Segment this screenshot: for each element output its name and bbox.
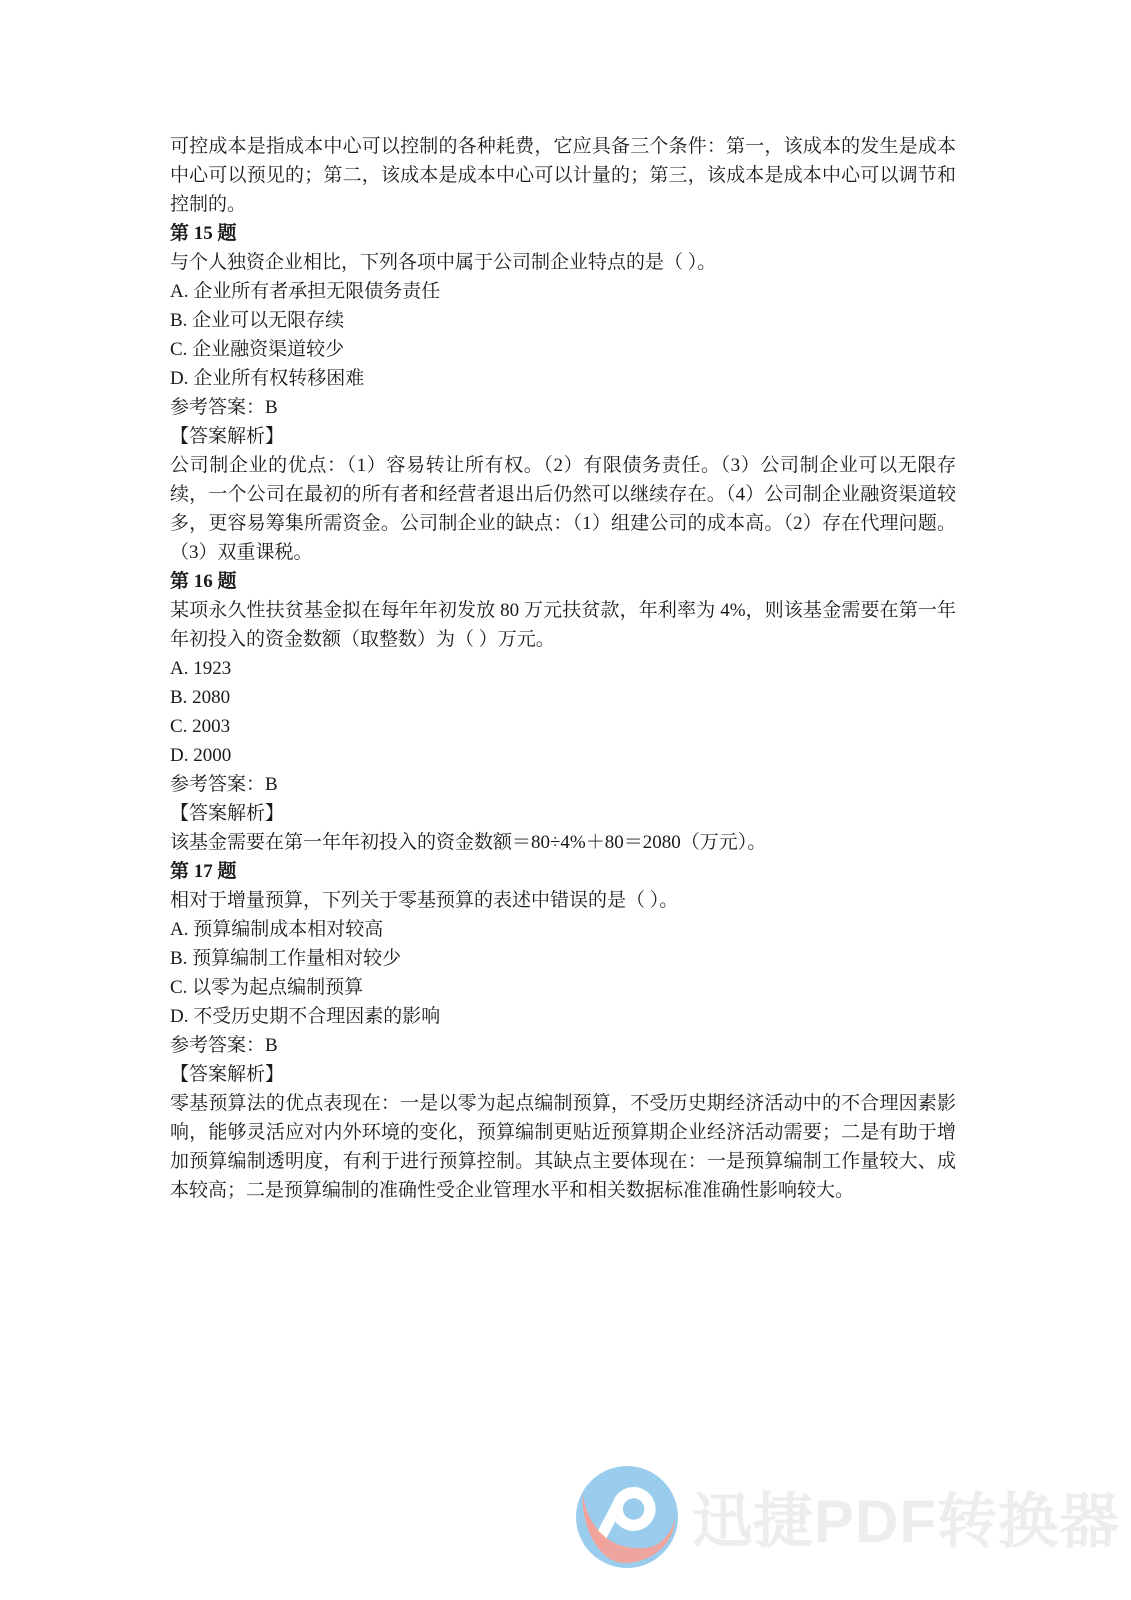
option-d: D. 不受历史期不合理因素的影响 bbox=[170, 1002, 956, 1031]
reference-answer: 参考答案：B bbox=[170, 393, 956, 422]
option-b: B. 2080 bbox=[170, 683, 956, 712]
option-d: D. 2000 bbox=[170, 741, 956, 770]
watermark-text: 迅捷PDF转换器 bbox=[692, 1474, 1120, 1560]
analysis-text: 公司制企业的优点：（1）容易转让所有权。（2）有限债务责任。（3）公司制企业可以… bbox=[170, 451, 956, 567]
analysis-header: 【答案解析】 bbox=[170, 422, 956, 451]
question-stem: 某项永久性扶贫基金拟在每年年初发放 80 万元扶贫款，年利率为 4%，则该基金需… bbox=[170, 596, 956, 654]
analysis-text: 该基金需要在第一年年初投入的资金数额＝80÷4%＋80＝2080（万元）。 bbox=[170, 828, 956, 857]
question-number-heading: 第 15 题 bbox=[170, 219, 956, 248]
intro-paragraph: 可控成本是指成本中心可以控制的各种耗费，它应具备三个条件：第一，该成本的发生是成… bbox=[170, 132, 956, 219]
question-number-heading: 第 16 题 bbox=[170, 567, 956, 596]
option-a: A. 预算编制成本相对较高 bbox=[170, 915, 956, 944]
question-number-heading: 第 17 题 bbox=[170, 857, 956, 886]
reference-answer: 参考答案：B bbox=[170, 1031, 956, 1060]
analysis-header: 【答案解析】 bbox=[170, 1060, 956, 1089]
option-a: A. 1923 bbox=[170, 654, 956, 683]
question-stem: 相对于增量预算，下列关于零基预算的表述中错误的是（ ）。 bbox=[170, 886, 956, 915]
document-page: 迅捷PDF转换器 可控成本是指成本中心可以控制的各种耗费，它应具备三个条件：第一… bbox=[0, 0, 1131, 1600]
option-b: B. 预算编制工作量相对较少 bbox=[170, 944, 956, 973]
option-c: C. 2003 bbox=[170, 712, 956, 741]
pdf-converter-logo-icon bbox=[576, 1466, 678, 1568]
option-c: C. 以零为起点编制预算 bbox=[170, 973, 956, 1002]
question-stem: 与个人独资企业相比，下列各项中属于公司制企业特点的是（ ）。 bbox=[170, 248, 956, 277]
watermark: 迅捷PDF转换器 bbox=[576, 1466, 1120, 1568]
option-c: C. 企业融资渠道较少 bbox=[170, 335, 956, 364]
analysis-header: 【答案解析】 bbox=[170, 799, 956, 828]
option-b: B. 企业可以无限存续 bbox=[170, 306, 956, 335]
analysis-text: 零基预算法的优点表现在：一是以零为起点编制预算，不受历史期经济活动中的不合理因素… bbox=[170, 1089, 956, 1205]
document-content: 可控成本是指成本中心可以控制的各种耗费，它应具备三个条件：第一，该成本的发生是成… bbox=[170, 132, 956, 1205]
option-d: D. 企业所有权转移困难 bbox=[170, 364, 956, 393]
option-a: A. 企业所有者承担无限债务责任 bbox=[170, 277, 956, 306]
reference-answer: 参考答案：B bbox=[170, 770, 956, 799]
